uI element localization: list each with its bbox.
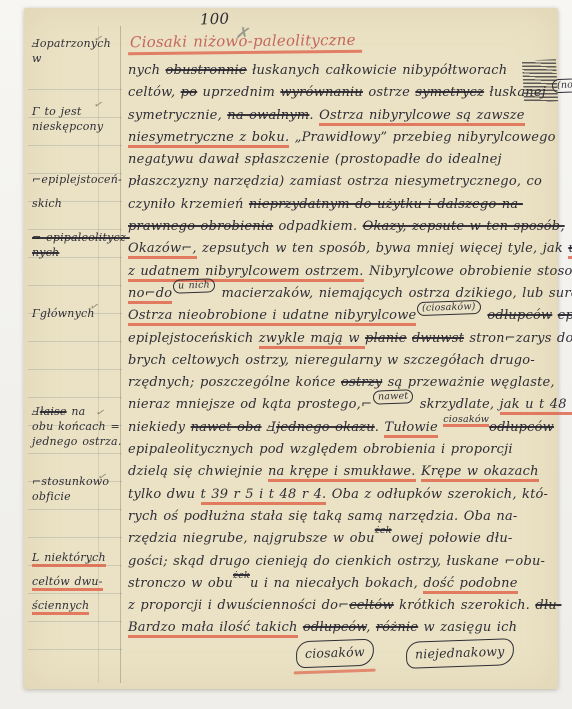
text-line: symetrycznie, na owalnym. Ostrza nibyryl… <box>128 105 556 127</box>
red-underlined-text: Ostrza nieobrobione i udatne nibyrylcowe <box>128 308 416 326</box>
text-segment: rych oś podłużna stała się taką samą nar… <box>128 509 518 524</box>
text-segment: Ⅎ <box>262 420 277 435</box>
text-segment: negatywu dawał spłaszczenie (prostopadłe… <box>128 152 502 167</box>
margin-note: Ⅎłaise naobu końcach =jednego ostrza. <box>32 404 127 449</box>
text-line: rzędnych; poszczególne końce ostrzy są p… <box>128 372 556 394</box>
text-segment: obficie <box>32 490 71 503</box>
text-line: płaszczyzny narzędzia) zamiast ostrza ni… <box>128 171 556 193</box>
text-segment: Ⅎ <box>32 405 40 418</box>
text-segment: owej połowie dłu- <box>392 531 513 546</box>
text-segment: ostrze <box>363 85 415 100</box>
page-number: 100 <box>200 9 230 28</box>
red-underlined-text: no⌐do <box>128 286 172 304</box>
scan-background: 100 ✗ Ciosaki niżowo-paleolityczne Ⅎopat… <box>0 0 572 709</box>
struck-text: wyrównaniu <box>280 85 363 100</box>
text-line: rzędzia niegrube, najgrubsze w obużekowe… <box>128 528 556 550</box>
margin-note: Ⅎopatrzonychw <box>32 36 127 66</box>
text-segment: epiplejstoceńskich <box>128 331 259 346</box>
text-segment: ⌐epiplejstoceń- <box>32 173 122 186</box>
text-segment: skich <box>32 197 62 210</box>
red-underlined-text: Ostrza nibyrylcowe są zawsze <box>319 108 525 126</box>
text-line: stronczo w obużeku i na niecałych bokach… <box>128 573 556 595</box>
text-segment: nych <box>128 63 166 78</box>
correction-bubble: (ciosaków) <box>417 300 481 316</box>
text-segment: skrzydlate, <box>414 397 499 412</box>
text-segment: uprzednim <box>197 85 280 100</box>
text-segment: , <box>366 620 376 635</box>
text-segment: stronczo w obu <box>128 576 233 591</box>
margin-note-line: nieskępcony <box>32 119 127 134</box>
red-underlined-text: Bardzo mała ilość takich <box>128 620 298 638</box>
margin-note-line: Γ to jest <box>32 104 127 119</box>
text-line: Okazów⌐, zepsutych w ten sposób, bywa mn… <box>128 238 556 260</box>
struck-text: odłupców <box>487 308 552 323</box>
correction-bubble: nawet <box>373 390 414 405</box>
text-line: nieraz mniejsze od kąta prostego,⌐nawet … <box>128 394 556 416</box>
text-segment: na <box>67 405 86 418</box>
struck-text: jednego okazu <box>276 420 375 435</box>
margin-note-line: L niektórych <box>32 546 127 570</box>
text-segment: czyniło krzemień <box>128 197 249 212</box>
text-segment: tylko dwu <box>128 487 201 502</box>
margin-note-line: ściennych <box>32 594 127 618</box>
text-segment: łuskanych całkowicie nibypółtworach <box>247 63 508 78</box>
margin-note-line: skich <box>32 192 127 216</box>
manuscript-paper: 100 ✗ Ciosaki niżowo-paleolityczne Ⅎopat… <box>24 8 558 689</box>
margin-note: ⌐epiplejstoceń-skich <box>32 168 127 216</box>
text-segment: Γ to jest <box>32 105 81 118</box>
text-line: dzielą się chwiejnie na krępe i smukławe… <box>128 461 556 483</box>
struck-text: symetrycz <box>415 85 484 100</box>
text-segment: rzędzia niegrube, najgrubsze w obu <box>128 531 375 546</box>
body-text: nych obustronnie łuskanych całkowicie ni… <box>128 60 556 662</box>
text-line: ciosaków niejednakowy <box>128 640 556 662</box>
ink-scribble <box>522 59 558 103</box>
text-line: epipaleolitycznych pod względem obrobien… <box>128 439 556 461</box>
margin-note: ⌐stosunkowoobficie <box>32 474 127 504</box>
text-segment: brych celtowych ostrzy, nieregularny w s… <box>128 353 535 368</box>
text-line: niesymetryczne z boku. „Prawidłowy” prze… <box>128 127 556 149</box>
text-segment: gości; skąd drugo cienieją do cienkich o… <box>128 554 545 569</box>
text-segment: nieskępcony <box>32 120 103 133</box>
text-line: celtów, po uprzednim wyrównaniu ostrze s… <box>128 82 556 104</box>
struck-text: obustronnie <box>166 63 247 78</box>
text-line: czyniło krzemień nieprzydatnym do użytku… <box>128 194 556 216</box>
text-segment: Nibyrylcowe obrobienie stosowa- <box>364 264 572 279</box>
margin-note: L niektórychceltów dwu-ściennych <box>32 546 127 618</box>
text-segment: nieraz mniejsze od kąta prostego,⌐ <box>128 397 372 412</box>
red-underlined-text: dość podobne <box>423 576 517 594</box>
margin-note: = epipaleolitycz-nych <box>32 230 127 260</box>
margin-note-line: = epipaleolitycz- <box>32 230 127 245</box>
margin-note-line: celtów dwu- <box>32 570 127 594</box>
struck-text: różnie <box>376 620 418 635</box>
text-segment <box>374 646 406 661</box>
text-line: rych oś podłużna stała się taką samą nar… <box>128 506 556 528</box>
struck-text: planie <box>365 331 407 346</box>
correction-bubble: ciosaków <box>296 638 375 668</box>
margin-note-line: Γgłównych <box>32 306 127 321</box>
text-segment: . <box>309 108 319 123</box>
struck-text: epipale <box>558 308 572 323</box>
text-segment: „Prawidłowy” przebieg nibyrylcowego <box>289 130 555 145</box>
margin-note-line: nych <box>32 245 127 260</box>
text-segment: niekiedy <box>128 420 191 435</box>
red-underlined-text: zwykle mają w <box>259 331 365 349</box>
margin-note-line: obu końcach = <box>32 419 127 434</box>
margin-note-line: Ⅎopatrzonych <box>32 36 127 51</box>
margin-note-line: jednego ostrza. <box>32 434 127 449</box>
text-segment: płaszczyzny narzędzia) zamiast ostrza ni… <box>128 174 542 189</box>
margin-note-line: ⌐epiplejstoceń- <box>32 168 127 192</box>
red-underlined-text: Tułowie <box>384 420 437 438</box>
text-line: Ostrza nieobrobione i udatne nibyrylcowe… <box>128 305 556 327</box>
red-underlined-text: niesymetryczne z boku. <box>128 130 289 148</box>
red-underlined-text: jak u t 48 r, <box>500 397 572 415</box>
struck-text: żek <box>233 571 250 580</box>
text-segment: obu końcach = <box>32 420 120 433</box>
text-line: no⌐dou nich macierzaków, niemających ost… <box>128 283 556 305</box>
margin-note-line: ⌐stosunkowo <box>32 474 127 489</box>
red-underlined-text: Krępe w okazach <box>421 464 539 482</box>
margin-note: Γgłównych <box>32 306 127 321</box>
text-line: epiplejstoceńskich zwykle mają w planie … <box>128 328 556 350</box>
struck-text: nawet oba <box>191 420 262 435</box>
text-segment: z proporcji i dwuścienności do⌐ <box>128 598 349 613</box>
text-line: gości; skąd drugo cienieją do cienkich o… <box>128 551 556 573</box>
text-line: niekiedy nawet oba Ⅎjednego okazu. Tułow… <box>128 417 556 439</box>
struck-text: dwuwst <box>412 331 464 346</box>
page-title: Ciosaki niżowo-paleolityczne <box>128 31 362 55</box>
red-underlined-text: Okazów⌐, <box>128 241 197 259</box>
struck-text: odłupców <box>303 620 366 635</box>
struck-text: dłu- <box>535 598 561 613</box>
text-line: nych obustronnie łuskanych całkowicie ni… <box>128 60 556 82</box>
text-segment: zepsutych w ten sposób, bywa mniej więce… <box>197 241 569 256</box>
text-line: z proporcji i dwuścienności do⌐celtów kr… <box>128 595 556 617</box>
red-underlined-text: celtów dwu- <box>32 575 103 591</box>
text-segment: macierzaków, niemających ostrza dzikiego… <box>216 286 572 301</box>
text-line: prawnego obrobienia odpadkiem. Okazy, ze… <box>128 216 556 238</box>
red-underlined-text: ciosaków <box>443 415 489 427</box>
struck-text: ostrzy <box>341 375 382 390</box>
text-line: tylko dwu t 39 r 5 i t 48 r 4. Oba z odł… <box>128 484 556 506</box>
struck-text: = epipaleolitycz- <box>32 231 130 244</box>
text-segment: stron⌐zarys do- <box>464 331 572 346</box>
red-underlined-text: z udatnem nibyrylcowem ostrzem. <box>128 264 364 282</box>
text-line: negatywu dawał spłaszczenie (prostopadłe… <box>128 149 556 171</box>
text-segment: w zasięgu ich <box>418 620 517 635</box>
struck-text: żek <box>375 526 392 535</box>
struck-text: odłupców <box>489 420 554 435</box>
struck-text: udatnych <box>568 241 572 259</box>
text-segment: symetrycznie, <box>128 108 227 123</box>
struck-text: Okazy, zepsute w ten sposób, <box>363 219 565 234</box>
margin-note-line: Ⅎłaise na <box>32 404 127 419</box>
text-segment: Oba z odłupków szerokich, któ- <box>326 487 548 502</box>
text-segment: odpadkiem. <box>273 219 362 234</box>
struck-text: nieprzydatnym do użytku i dalszego na- <box>249 197 523 212</box>
struck-text: na owalnym <box>227 108 309 123</box>
margin-note: Γ to jestnieskępcony <box>32 104 127 134</box>
text-segment: są przeważnie węglaste, <box>382 375 554 390</box>
red-underlined-text: t 39 r 5 i t 48 r 4. <box>201 487 327 505</box>
red-underlined-text: ściennych <box>32 599 89 615</box>
text-segment: krótkich szerokich. <box>394 598 536 613</box>
text-segment: celtów, <box>128 85 181 100</box>
red-underlined-text: na krępe i smukławe. <box>268 464 416 482</box>
text-segment: jednego ostrza. <box>32 435 122 448</box>
text-segment: w <box>32 52 42 65</box>
struck-text: celtów <box>349 598 394 613</box>
struck-text: nych <box>32 246 59 259</box>
correction-bubble: niejednakowy <box>405 638 513 669</box>
text-segment: u i na niecałych bokach, <box>250 576 423 591</box>
margin-note-line: obficie <box>32 489 127 504</box>
text-line: Bardzo mała ilość takich odłupców, różni… <box>128 617 556 639</box>
correction-bubble: u nich <box>173 278 215 293</box>
text-segment: epipaleolitycznych pod względem obrobien… <box>128 442 513 457</box>
struck-text: łaise <box>40 405 67 418</box>
text-segment: dzielą się chwiejnie <box>128 464 268 479</box>
text-segment: Γgłównych <box>32 307 95 320</box>
struck-text: prawnego obrobienia <box>128 219 273 234</box>
struck-text: po <box>181 85 198 100</box>
text-line: brych celtowych ostrzy, nieregularny w s… <box>128 350 556 372</box>
text-segment: rzędnych; poszczególne końce <box>128 375 341 390</box>
margin-note-line: w <box>32 51 127 66</box>
